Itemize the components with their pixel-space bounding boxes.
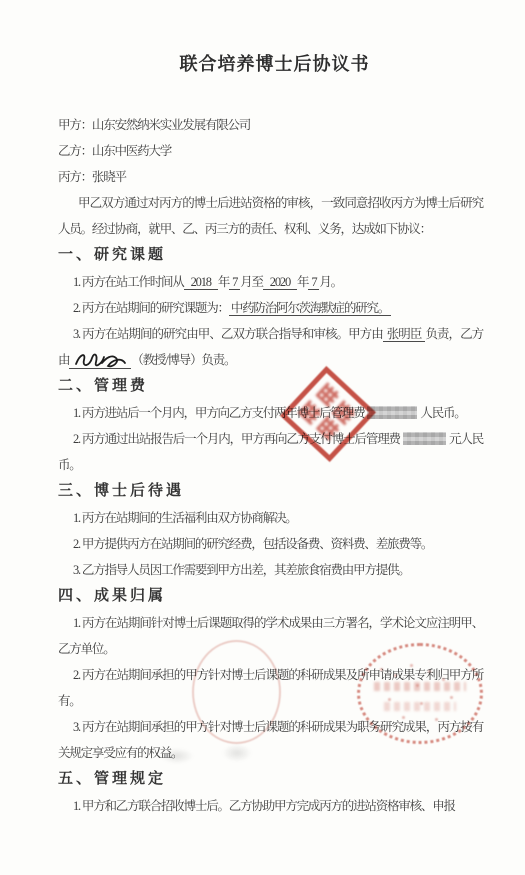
handwritten-signature xyxy=(69,350,131,369)
scanned-agreement-page: 联合培养博士后协议书 甲方：山东安然纳米实业发展有限公司乙方：山东中医药大学丙方… xyxy=(0,0,525,875)
party-label: 甲方： xyxy=(58,118,92,132)
clause-text: 1. 丙方在站工作时间从 xyxy=(73,275,184,289)
clause: 1. 丙方在站期间的生活福利由双方协商解决。 xyxy=(58,505,483,531)
document-content: 联合培养博士后协议书 甲方：山东安然纳米实业发展有限公司乙方：山东中医药大学丙方… xyxy=(0,0,525,819)
clause: 2. 丙方在站期间的研究课题为：中药防治阿尔茨海默症的研究。 xyxy=(58,295,483,321)
clause-text: 2. 甲方提供丙方在站期间的研究经费，包括设备费、资料费、差旅费等。 xyxy=(73,537,432,551)
clause: 2. 丙方在站期间承担的甲方针对博士后课题的科研成果及所申请成果专利归甲方所有。 xyxy=(58,662,483,714)
clause-text: 1. 丙方在站期间针对博士后课题取得的学术成果由三方署名，学术论文应注明甲、乙方… xyxy=(58,616,483,656)
clause-text: 人民币。 xyxy=(420,406,465,420)
party-line: 甲方：山东安然纳米实业发展有限公司 xyxy=(58,112,483,138)
underline-field: 7 xyxy=(308,275,319,290)
section-heading: 二、管理费 xyxy=(58,373,483,400)
clause-text: 月。 xyxy=(319,275,342,289)
redacted-amount xyxy=(367,406,417,419)
clause-text: 3. 丙方在站期间的研究由甲、乙双方联合指导和审核。甲方由 xyxy=(73,327,383,341)
party-value: 山东中医药大学 xyxy=(92,144,171,158)
clause: 1. 丙方在站工作时间从2018年7月至2020年7月。 xyxy=(58,269,483,295)
redacted-amount xyxy=(403,432,446,445)
clause: 3. 乙方指导人员因工作需要到甲方出差，其差旅食宿费由甲方提供。 xyxy=(58,557,483,583)
party-value: 山东安然纳米实业发展有限公司 xyxy=(92,118,250,132)
clause: 3. 丙方在站期间的研究由甲、乙双方联合指导和审核。甲方由张明臣负责，乙方由（教… xyxy=(58,321,483,373)
clause-text: 2. 丙方在站期间承担的甲方针对博士后课题的科研成果及所申请成果专利归甲方所有。 xyxy=(58,668,483,708)
clause-text: 月至 xyxy=(240,275,263,289)
clause: 2. 甲方提供丙方在站期间的研究经费，包括设备费、资料费、差旅费等。 xyxy=(58,531,483,557)
parties-block: 甲方：山东安然纳米实业发展有限公司乙方：山东中医药大学丙方：张晓平 xyxy=(58,112,483,190)
clause-text: 3. 乙方指导人员因工作需要到甲方出差，其差旅食宿费由甲方提供。 xyxy=(73,563,410,577)
document-title: 联合培养博士后协议书 xyxy=(66,50,483,76)
underline-field: 2020 xyxy=(263,275,297,290)
clause: 2. 丙方通过出站报告后一个月内，甲方再向乙方支付博士后管理费元人民币。 xyxy=(58,426,483,478)
section-heading: 五、管理规定 xyxy=(58,766,483,793)
clause-text: 1. 丙方在站期间的生活福利由双方协商解决。 xyxy=(73,511,297,525)
clause-text: 年 xyxy=(297,275,308,289)
clause-text: 1. 丙方进站后一个月内，甲方向乙方支付两年博士后管理费 xyxy=(73,406,364,420)
preamble: 甲乙双方通过对丙方的博士后进站资格的审核，一致同意招收丙方为博士后研究人员。经过… xyxy=(58,190,483,242)
party-line: 乙方：山东中医药大学 xyxy=(58,138,483,164)
clause: 1. 丙方进站后一个月内，甲方向乙方支付两年博士后管理费人民币。 xyxy=(58,400,483,426)
clause-text: 年 xyxy=(218,275,229,289)
section-heading: 一、研究课题 xyxy=(58,242,483,269)
clause: 1. 丙方在站期间针对博士后课题取得的学术成果由三方署名，学术论文应注明甲、乙方… xyxy=(58,610,483,662)
section-heading: 三、博士后待遇 xyxy=(58,478,483,505)
clause-text: 3. 丙方在站期间承担的甲方针对博士后课题的科研成果为职务研究成果，丙方按有关规… xyxy=(58,720,483,760)
underline-field: 张明臣 xyxy=(383,327,426,342)
sections: 一、研究课题1. 丙方在站工作时间从2018年7月至2020年7月。2. 丙方在… xyxy=(58,242,483,819)
underline-field: 7 xyxy=(229,275,240,290)
party-label: 乙方： xyxy=(58,144,92,158)
party-value: 张晓平 xyxy=(92,170,126,184)
clause-text: （教授/博导）负责。 xyxy=(131,353,235,367)
clause-text: 2. 丙方在站期间的研究课题为： xyxy=(73,301,229,315)
underline-field: 2018 xyxy=(184,275,218,290)
clause: 3. 丙方在站期间承担的甲方针对博士后课题的科研成果为职务研究成果，丙方按有关规… xyxy=(58,714,483,766)
party-line: 丙方：张晓平 xyxy=(58,164,483,190)
clause: 1. 甲方和乙方联合招收博士后。乙方协助甲方完成丙方的进站资格审核、申报 xyxy=(58,793,483,819)
clause-text: 2. 丙方通过出站报告后一个月内，甲方再向乙方支付博士后管理费 xyxy=(73,432,400,446)
underline-field: 中药防治阿尔茨海默症的研究。 xyxy=(229,301,391,316)
section-heading: 四、成果归属 xyxy=(58,583,483,610)
clause-text: 1. 甲方和乙方联合招收博士后。乙方协助甲方完成丙方的进站资格审核、申报 xyxy=(73,799,455,813)
party-label: 丙方： xyxy=(58,170,92,184)
